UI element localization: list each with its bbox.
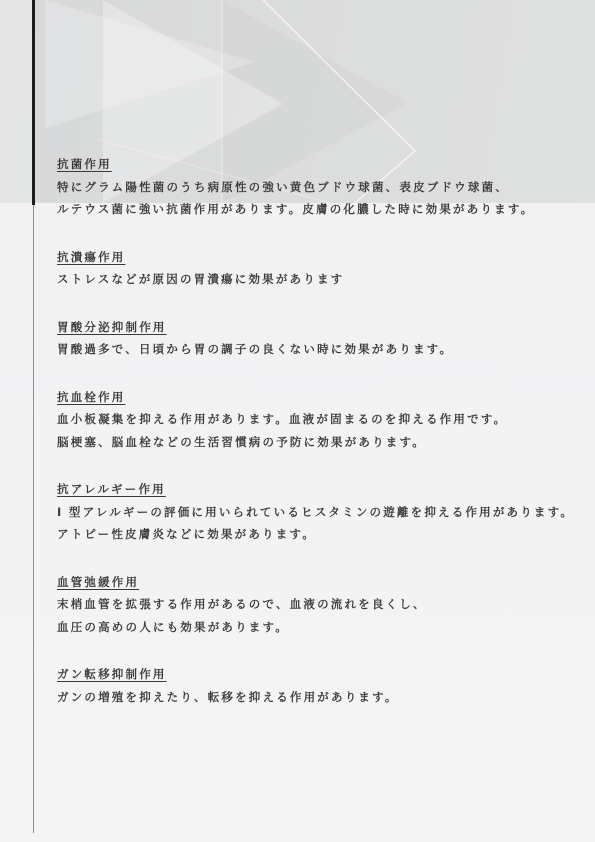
sections-container: 抗菌作用 特にグラム陽性菌のうち病原性の強い黄色ブドウ球菌、表皮ブドウ球菌、ルテ… xyxy=(57,154,595,734)
effect-section: 抗アレルギー作用 Ⅰ 型アレルギーの評価に用いられているヒスタミンの遊離を抑える… xyxy=(57,479,595,547)
section-heading: 胃酸分泌抑制作用 xyxy=(57,317,595,340)
section-heading: 抗潰瘍作用 xyxy=(57,247,595,270)
left-accent-rule-gray xyxy=(33,205,34,833)
section-body-line: ガンの増殖を抑えたり、転移を抑える作用があります。 xyxy=(57,687,595,710)
section-body-line: Ⅰ 型アレルギーの評価に用いられているヒスタミンの遊離を抑える作用があります。 xyxy=(57,502,595,525)
section-heading: 血管弛緩作用 xyxy=(57,572,595,595)
left-accent-rule-black xyxy=(32,0,35,205)
effect-section: ガン転移抑制作用 ガンの増殖を抑えたり、転移を抑える作用があります。 xyxy=(57,664,595,709)
effect-section: 抗潰瘍作用 ストレスなどが原因の胃潰瘍に効果があります xyxy=(57,247,595,292)
section-heading: ガン転移抑制作用 xyxy=(57,664,595,687)
left-margin-strip xyxy=(0,0,32,203)
section-body-line: ルテウス菌に強い抗菌作用があります。皮膚の化膿した時に効果があります。 xyxy=(57,199,595,222)
section-heading: 抗血栓作用 xyxy=(57,387,595,410)
section-heading: 抗アレルギー作用 xyxy=(57,479,595,502)
section-heading: 抗菌作用 xyxy=(57,154,595,177)
effect-section: 抗血栓作用 血小板凝集を抑える作用があります。血液が固まるのを抑える作用です。脳… xyxy=(57,387,595,455)
section-body-line: 胃酸過多で、日頃から胃の調子の良くない時に効果があります。 xyxy=(57,339,595,362)
section-body-line: アトピー性皮膚炎などに効果があります。 xyxy=(57,524,595,547)
effect-section: 抗菌作用 特にグラム陽性菌のうち病原性の強い黄色ブドウ球菌、表皮ブドウ球菌、ルテ… xyxy=(57,154,595,222)
section-body-line: 末梢血管を拡張する作用があるので、血液の流れを良くし、 xyxy=(57,594,595,617)
section-body-line: 特にグラム陽性菌のうち病原性の強い黄色ブドウ球菌、表皮ブドウ球菌、 xyxy=(57,177,595,200)
section-body-line: 血小板凝集を抑える作用があります。血液が固まるのを抑える作用です。 xyxy=(57,409,595,432)
section-body-line: 血圧の高めの人にも効果があります。 xyxy=(57,617,595,640)
document-page: 抗菌作用 特にグラム陽性菌のうち病原性の強い黄色ブドウ球菌、表皮ブドウ球菌、ルテ… xyxy=(0,0,595,842)
section-body-line: 脳梗塞、脳血栓などの生活習慣病の予防に効果があります。 xyxy=(57,432,595,455)
effect-section: 血管弛緩作用 末梢血管を拡張する作用があるので、血液の流れを良くし、血圧の高めの… xyxy=(57,572,595,640)
section-body-line: ストレスなどが原因の胃潰瘍に効果があります xyxy=(57,269,595,292)
effect-section: 胃酸分泌抑制作用 胃酸過多で、日頃から胃の調子の良くない時に効果があります。 xyxy=(57,317,595,362)
